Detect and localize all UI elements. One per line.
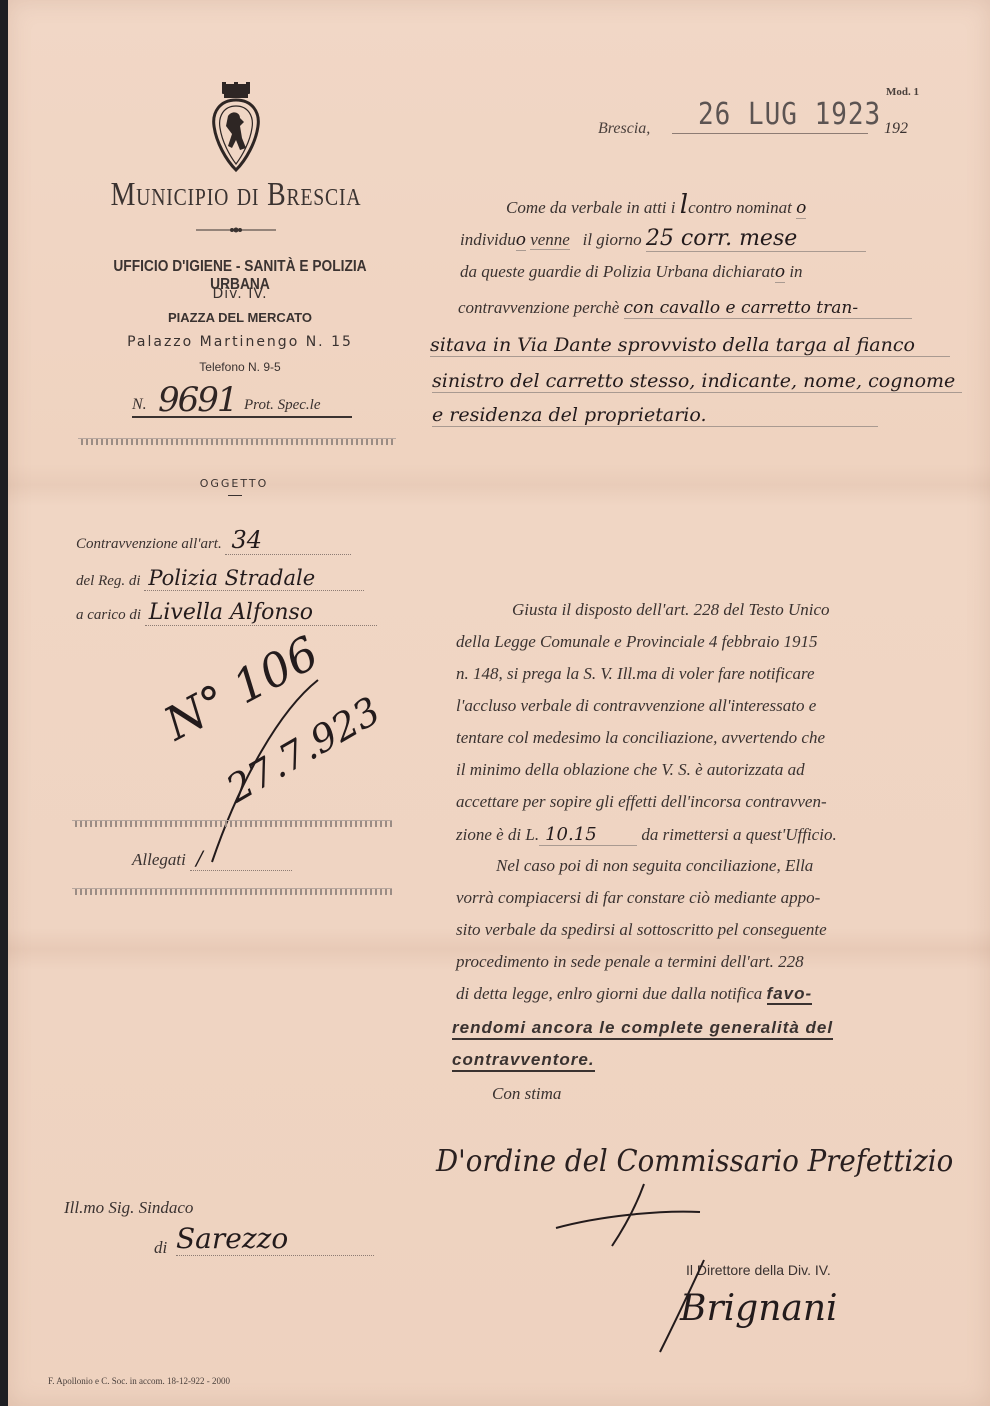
addressee-label: Ill.mo Sig. Sindaco — [64, 1198, 193, 1218]
letter-emphasis: contravventore. — [452, 1050, 595, 1072]
verbale-line-5: sitava in Via Dante sprovvisto della tar… — [430, 334, 950, 357]
letter-emphasis: rendomi ancora le complete generalità de… — [452, 1018, 833, 1040]
year-prefix: 192 — [884, 120, 908, 138]
date-stamp: 26 LUG 1923 — [698, 98, 881, 133]
oggetto-title: OGGETTO — [60, 477, 408, 490]
form-model: Mod. 1 — [886, 86, 919, 98]
oggetto-dash — [228, 495, 242, 496]
addressee-place: Sarezzo — [176, 1222, 374, 1256]
letter-line: l'accluso verbale di contravvenzione all… — [456, 696, 816, 716]
order-signature: D'ordine del Commissario Prefettizio — [436, 1144, 953, 1179]
place-label: Brescia, — [598, 120, 650, 138]
letter-line: procedimento in sede penale a termini de… — [456, 952, 804, 972]
protocol-row: N. 9691 Prot. Spec.le — [132, 380, 352, 418]
letter-line: della Legge Comunale e Provinciale 4 feb… — [456, 632, 818, 652]
protocol-label: N. — [132, 396, 147, 414]
protocol-suffix: Prot. Spec.le — [244, 397, 321, 414]
letter-line: di detta legge, enlro giorni due dalla n… — [456, 984, 812, 1004]
wavy-divider — [72, 888, 392, 895]
protocol-number: 9691 — [158, 380, 237, 420]
regolamento-field: del Reg. di Polizia Stradale — [76, 566, 394, 591]
piazza: PIAZZA DEL MERCATO — [60, 310, 420, 325]
carico-field: a carico di Livella Alfonso — [76, 600, 394, 626]
letter-line: tentare col medesimo la conciliazione, a… — [456, 728, 825, 748]
letter-line: sito verbale da spedirsi al sottoscritto… — [456, 920, 827, 940]
division: Div. IV. — [60, 286, 420, 302]
date-line — [672, 133, 868, 134]
signature-stroke — [652, 1256, 712, 1356]
verbale-line-6: sinistro del carretto stesso, indicante,… — [432, 370, 962, 393]
letter-line: Giusta il disposto dell'art. 228 del Tes… — [512, 600, 830, 620]
wavy-divider — [72, 820, 392, 827]
verbale-line-2: individuo venne il giorno 25 corr. mese — [460, 226, 866, 252]
addressee-di: di — [154, 1238, 167, 1258]
letter-line: n. 148, si prega la S. V. Ill.ma di vole… — [456, 664, 815, 684]
allegati-field: Allegati / — [132, 846, 292, 871]
verbale-line-7: e residenza del proprietario. — [432, 404, 878, 427]
signature-flourish — [550, 1180, 710, 1250]
handwritten-stroke — [200, 670, 340, 870]
crest-icon — [206, 82, 266, 174]
contravvenzione-field: Contravvenzione all'art. 34 — [76, 526, 394, 555]
palazzo-address: Palazzo Martinengo N. 15 — [60, 334, 420, 350]
municipio-title: Municipio di Brescia — [92, 176, 381, 214]
verbale-line-1: Come da verbale in atti i lcontro nomina… — [506, 190, 806, 220]
wavy-divider — [78, 438, 396, 445]
verbale-line-4: contravvenzione perchè con cavallo e car… — [458, 298, 912, 319]
letter-line: il minimo della oblazione che V. S. è au… — [456, 760, 805, 780]
date-row: Brescia, 26 LUG 1923 192 — [598, 98, 908, 138]
printer-footer: F. Apollonio e C. Soc. in accom. 18-12-9… — [48, 1376, 230, 1386]
letter-line: vorrà compiacersi di far constare ciò me… — [456, 888, 820, 908]
verbale-line-3: da queste guardie di Polizia Urbana dich… — [460, 262, 803, 282]
ornament-divider — [196, 226, 276, 234]
letter-line: Nel caso poi di non seguita conciliazion… — [496, 856, 813, 876]
telephone: Telefono N. 9-5 — [60, 360, 420, 374]
letter-amount-line: zione è di L.10.15 da rimettersi a quest… — [456, 824, 837, 846]
closing: Con stima — [492, 1084, 561, 1104]
scan-edge — [0, 0, 8, 1406]
letter-line: accettare per sopire gli effetti dell'in… — [456, 792, 827, 812]
